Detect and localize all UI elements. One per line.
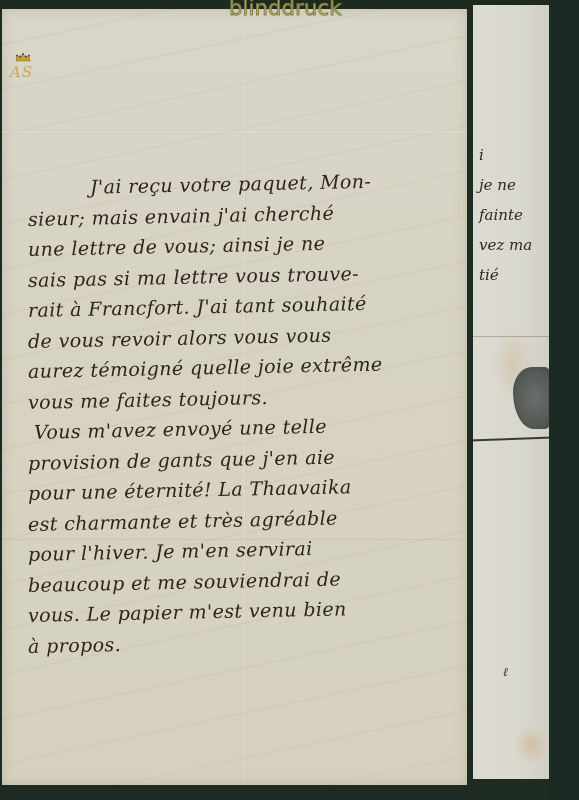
adjacent-page-strip: i je ne fainte vez ma tié ℓ — [473, 5, 549, 779]
strip-fold-line — [473, 336, 549, 337]
right-frame-edge — [549, 0, 579, 800]
paper-stain-bottom — [513, 725, 549, 765]
side-fragment: je ne — [479, 170, 532, 200]
margin-mark: ℓ — [503, 665, 508, 680]
document-viewer: AS J'ai reçu votre paquet, Mon- sieur; m… — [0, 0, 579, 800]
side-fragment: fainte — [479, 200, 532, 230]
horizontal-fold-line — [2, 132, 467, 134]
tear-edge — [473, 437, 549, 442]
side-fragment: tié — [479, 260, 532, 290]
monogram-initials: AS — [10, 63, 33, 81]
crown-icon — [15, 53, 31, 62]
adjacent-page-text: i je ne fainte vez ma tié — [479, 140, 532, 290]
letter-page: AS J'ai reçu votre paquet, Mon- sieur; m… — [2, 9, 467, 785]
embossed-monogram: AS — [8, 53, 38, 91]
side-fragment: i — [479, 140, 532, 170]
handwritten-letter-body: J'ai reçu votre paquet, Mon- sieur; mais… — [28, 174, 467, 662]
torn-seal-hole — [513, 367, 549, 429]
watermark-text: blinddruck — [229, 0, 342, 20]
side-fragment: vez ma — [479, 230, 532, 260]
